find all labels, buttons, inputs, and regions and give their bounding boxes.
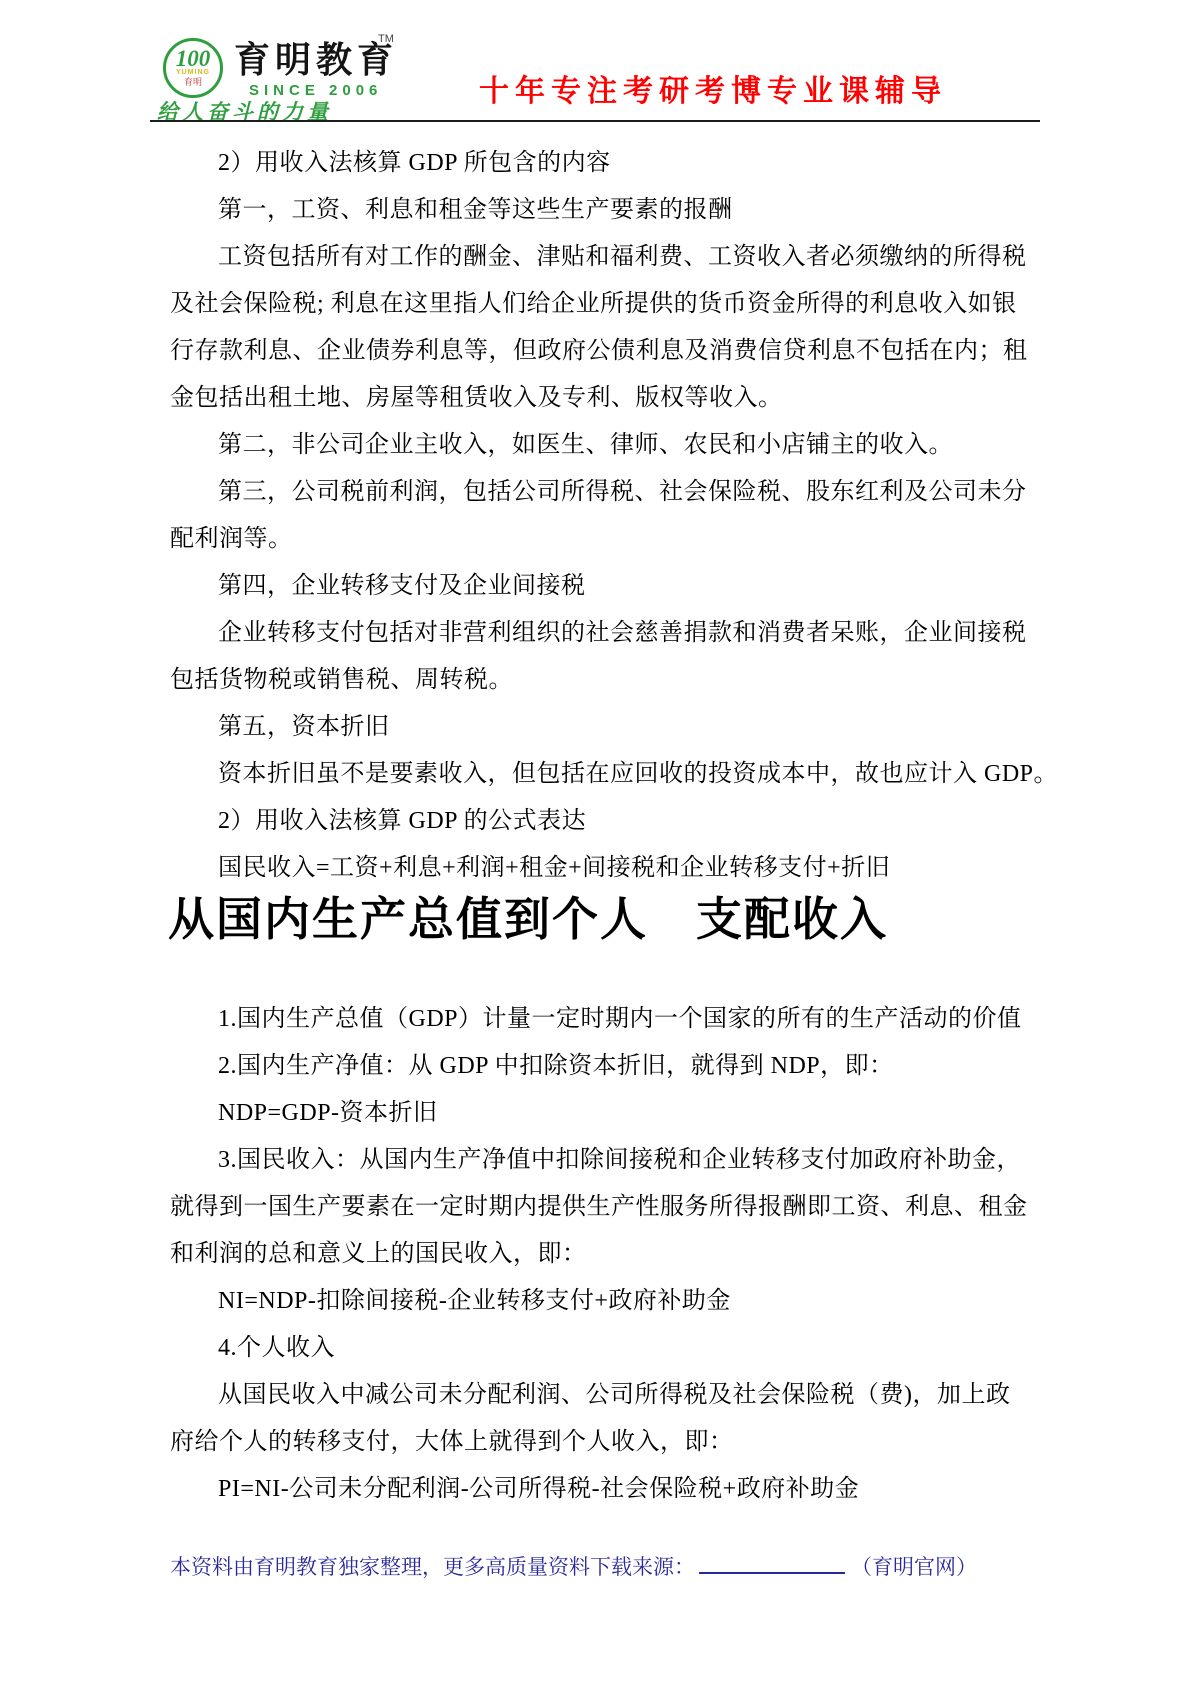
- header-tagline: 十年专注考研考博专业课辅导: [479, 76, 947, 108]
- text-line: 第一，工资、利息和租金等这些生产要素的报酬: [170, 187, 1032, 234]
- text-line: 1.国内生产总值（GDP）计量一定时期内一个国家的所有的生产活动的价值: [170, 996, 1032, 1043]
- logo-yuming-text: YUMING: [176, 69, 210, 77]
- text-line: 行存款利息、企业债券利息等，但政府公债利息及消费信贷利息不包括在内；租: [170, 328, 1032, 375]
- fill-in-blank-line: [699, 1555, 845, 1574]
- text-line: 2）用收入法核算 GDP 所包含的内容: [170, 140, 1032, 187]
- footer-note: 本资料由育明教育独家整理，更多高质量资料下载来源：（育明官网）: [170, 1552, 977, 1582]
- text-line: 工资包括所有对工作的酬金、津贴和福利费、工资收入者必须缴纳的所得税: [170, 234, 1032, 281]
- header-divider: [150, 120, 1040, 122]
- text-line: 包括货物税或销售税、周转税。: [170, 657, 1032, 704]
- text-line: 从国民收入中减公司未分配利润、公司所得税及社会保险税（费)，加上政: [170, 1372, 1032, 1419]
- body-section-1: 2）用收入法核算 GDP 所包含的内容第一，工资、利息和租金等这些生产要素的报酬…: [170, 140, 1032, 892]
- text-line: 就得到一国生产要素在一定时期内提供生产性服务所得报酬即工资、利息、租金: [170, 1184, 1032, 1231]
- brand-logo-icon: 100 YUMING 育明: [163, 38, 223, 98]
- text-line: 金包括出租土地、房屋等租赁收入及专利、版权等收入。: [170, 375, 1032, 422]
- section-heading: 从国内生产总值到个人 支配收入: [168, 892, 888, 948]
- text-line: 3.国民收入：从国内生产净值中扣除间接税和企业转移支付加政府补助金，: [170, 1137, 1032, 1184]
- body-section-2: 1.国内生产总值（GDP）计量一定时期内一个国家的所有的生产活动的价值2.国内生…: [170, 996, 1032, 1513]
- text-line: 4.个人收入: [170, 1325, 1032, 1372]
- logo-yuming-cn-text: 育明: [184, 77, 202, 87]
- text-line: PI=NI-公司未分配利润-公司所得税-社会保险税+政府补助金: [170, 1466, 1032, 1513]
- text-line: 和利润的总和意义上的国民收入，即：: [170, 1231, 1032, 1278]
- text-line: 国民收入=工资+利息+利润+租金+间接税和企业转移支付+折旧: [170, 845, 1032, 892]
- logo-100-text: 100: [176, 49, 211, 69]
- footer-prefix: 本资料由育明教育独家整理，更多高质量资料下载来源：: [170, 1555, 695, 1579]
- brand-name: 育明教育: [234, 40, 398, 80]
- text-line: 第四，企业转移支付及企业间接税: [170, 563, 1032, 610]
- text-line: 府给个人的转移支付，大体上就得到个人收入，即：: [170, 1419, 1032, 1466]
- footer-suffix: （育明官网）: [851, 1555, 977, 1579]
- text-line: NI=NDP-扣除间接税-企业转移支付+政府补助金: [170, 1278, 1032, 1325]
- document-page: 100 YUMING 育明 育明教育 TM SINCE 2006 给人奋斗的力量…: [0, 0, 1191, 1684]
- text-line: 2）用收入法核算 GDP 的公式表达: [170, 798, 1032, 845]
- text-line: 第二，非公司企业主收入，如医生、律师、农民和小店铺主的收入。: [170, 422, 1032, 469]
- text-line: 第三，公司税前利润，包括公司所得税、社会保险税、股东红利及公司未分: [170, 469, 1032, 516]
- text-line: 第五，资本折旧: [170, 704, 1032, 751]
- text-line: NDP=GDP-资本折旧: [170, 1090, 1032, 1137]
- text-line: 及社会保险税; 利息在这里指人们给企业所提供的货币资金所得的利息收入如银: [170, 281, 1032, 328]
- text-line: 配利润等。: [170, 516, 1032, 563]
- text-line: 2.国内生产净值：从 GDP 中扣除资本折旧，就得到 NDP，即：: [170, 1043, 1032, 1090]
- text-line: 企业转移支付包括对非营利组织的社会慈善捐款和消费者呆账，企业间接税: [170, 610, 1032, 657]
- text-line: 资本折旧虽不是要素收入，但包括在应回收的投资成本中，故也应计入 GDP。: [170, 751, 1032, 798]
- trademark-symbol: TM: [378, 33, 394, 45]
